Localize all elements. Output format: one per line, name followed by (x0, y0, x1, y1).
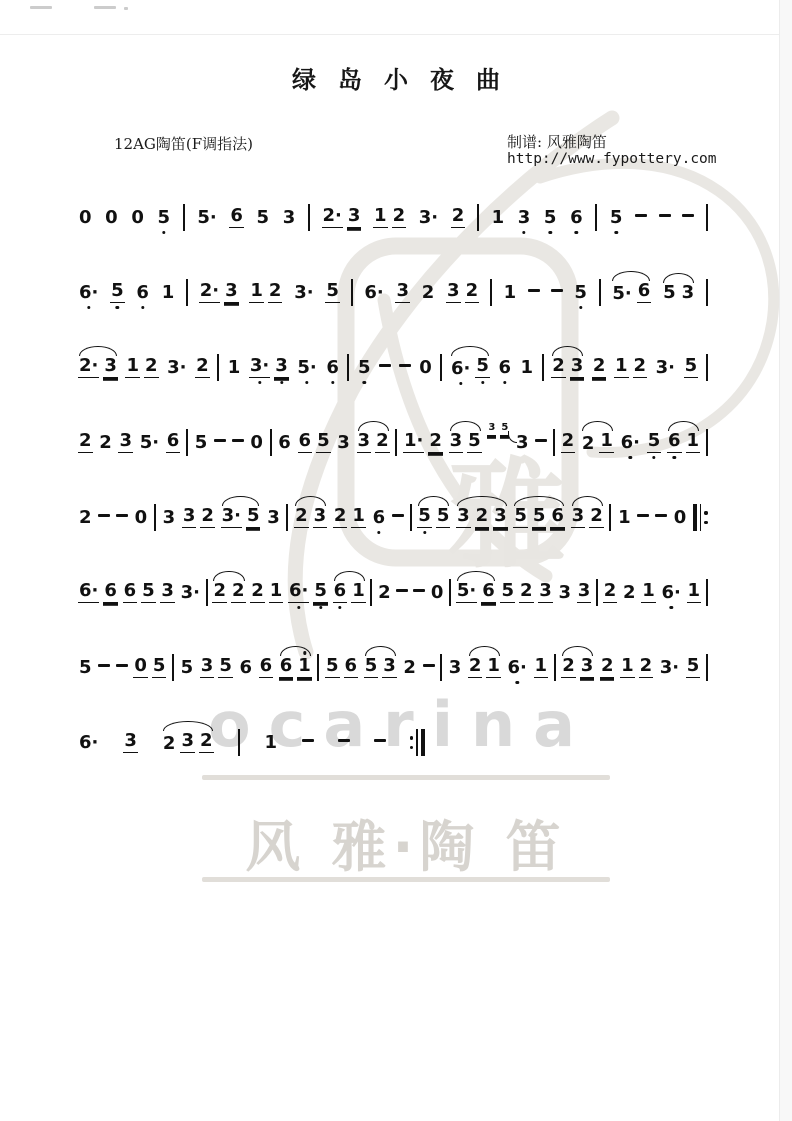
score-line: 6·32321 (78, 705, 708, 780)
note: 5 (662, 284, 677, 302)
note-group (374, 739, 386, 746)
note-group (706, 279, 708, 306)
note-group (308, 204, 310, 231)
note-group: 6· (507, 659, 528, 677)
note: 3 (382, 657, 397, 678)
note: 1 (617, 509, 632, 527)
note-group: 5 (180, 659, 195, 677)
note-group: 0 (673, 509, 688, 527)
note: 6 (238, 659, 253, 677)
slur-group: 61 (279, 657, 312, 678)
note: 0 (133, 657, 148, 678)
note-group: 1 (617, 509, 632, 527)
note-group (217, 354, 219, 381)
note: 5 (475, 357, 490, 378)
sheet-page: 雅 绿岛小夜曲 12AG陶笛(F调指法) 制谱: 风雅陶笛 http://www… (0, 0, 792, 1121)
note: 2 (465, 282, 480, 303)
note-group: 6 (259, 657, 274, 678)
barline (217, 354, 219, 381)
note: 6 (481, 582, 496, 603)
duration-dash (379, 364, 391, 367)
duration-dash (232, 439, 244, 442)
note-group: 3 (448, 659, 463, 677)
note-group: 5· (296, 359, 317, 377)
score: 00055·6532·3123·2135656·5612·3123·56·323… (78, 180, 708, 780)
note: 5 (180, 659, 195, 677)
note-group: 3 (118, 432, 133, 453)
barline (440, 354, 442, 381)
note-group: 3 (557, 584, 572, 602)
note: 6 (497, 359, 512, 377)
note: 2 (551, 357, 566, 378)
note-group (186, 429, 188, 456)
note: 3 (446, 282, 461, 303)
note: 2 (195, 357, 210, 378)
duration-dash (659, 214, 671, 217)
note-group: 3 (336, 434, 351, 452)
grace-note: 5 (500, 423, 509, 436)
note: 5 (152, 657, 167, 678)
note: 0 (418, 359, 433, 377)
note: 3 (538, 582, 553, 603)
note: 2 (200, 507, 215, 528)
note: 0 (134, 509, 149, 527)
score-line: 2·3123·213·35·6506·561232123·5 (78, 330, 708, 405)
note: 5 (513, 507, 528, 528)
note: 3 (493, 507, 508, 528)
slur-group: 32 (357, 432, 390, 453)
barline (154, 504, 156, 531)
note: 5· (611, 285, 632, 303)
note: 6 (372, 509, 387, 527)
slur-group: 61 (667, 432, 700, 453)
note: 6 (259, 657, 274, 678)
note-group: 5 (325, 282, 340, 303)
note-group: 1 (641, 582, 656, 603)
note: 2 (377, 584, 392, 602)
duration-dash (399, 364, 411, 367)
barline (706, 654, 708, 681)
note: 6· (78, 734, 99, 752)
note-group (682, 214, 694, 221)
score-line: 6·66533·22216·561205·6523332216·1 (78, 555, 708, 630)
note-group (490, 279, 492, 306)
scan-mark (30, 6, 52, 9)
note-group: 5 (78, 659, 93, 677)
note: 3 (449, 432, 464, 453)
note-group: 0 (130, 209, 145, 227)
duration-dash (396, 589, 408, 592)
note: 1 (297, 657, 312, 678)
note-group (449, 579, 451, 606)
note: 2 (231, 582, 246, 603)
note-group: 6 (135, 284, 150, 302)
note: 0 (430, 584, 445, 602)
note: 6· (78, 284, 99, 302)
note-group (553, 429, 555, 456)
note: 3· (180, 584, 201, 602)
note-group: 1 (264, 734, 279, 752)
note-group: 2 (377, 584, 392, 602)
note: 5· (196, 209, 217, 227)
note: 3 (395, 282, 410, 303)
note-group: 2 (421, 284, 436, 302)
note: 2· (199, 282, 220, 303)
note-group: 52 (500, 582, 533, 603)
barline (706, 204, 708, 231)
note-group (410, 729, 425, 756)
barline (609, 504, 611, 531)
note-group: 2 (402, 659, 417, 677)
note-group: 65 (298, 432, 331, 453)
note: 6 (550, 507, 565, 528)
barline (395, 429, 397, 456)
note-group: 32 (446, 282, 479, 303)
note-group (116, 664, 128, 671)
duration-dash (338, 739, 350, 742)
note: 3 (162, 509, 177, 527)
barline (490, 279, 492, 306)
note: 6· (363, 284, 384, 302)
note-group: 6 (325, 359, 340, 377)
note-group: 1 (534, 657, 549, 678)
instrument-label: 12AG陶笛(F调指法) (114, 133, 253, 154)
slur-group: 6·5 (450, 357, 490, 378)
watermark-divider-bottom (202, 877, 610, 882)
note: 6· (507, 659, 528, 677)
note: 3· (659, 659, 680, 677)
note: 5· (139, 434, 160, 452)
note-group: 5 (256, 209, 271, 227)
credit-url: http://www.fypottery.com (507, 151, 717, 167)
note-group: 5 (357, 359, 372, 377)
note: 6 (277, 434, 292, 452)
score-line: 6·5612·3123·56·3232155·653 (78, 255, 708, 330)
note: 3 (118, 432, 133, 453)
note: 3 (681, 284, 696, 302)
note: 2 (633, 357, 648, 378)
note-group (440, 354, 442, 381)
slur-group: 35 (449, 432, 482, 453)
watermark-brand-cn: 风 雅·陶 笛 (196, 803, 616, 882)
note: 1 (686, 432, 701, 453)
barline (347, 354, 349, 381)
slur-group: 2·3 (78, 357, 118, 378)
note-group: 2 (195, 357, 210, 378)
barline (186, 429, 188, 456)
note-group: 3 (517, 209, 532, 227)
note: 1 (620, 657, 635, 678)
note: 5 (78, 659, 93, 677)
note-group: 3· (180, 584, 201, 602)
note: 5 (500, 582, 515, 603)
note: 6· (660, 584, 681, 602)
note: 5 (325, 282, 340, 303)
score-line: 203323·5323216553235563210 (78, 480, 708, 555)
note-group: 3· (418, 209, 439, 227)
note-group: 2 (622, 584, 637, 602)
note: 3 (448, 659, 463, 677)
note-group: 3 (162, 509, 177, 527)
note-group (706, 204, 708, 231)
note-group (206, 579, 208, 606)
note: 3 (557, 584, 572, 602)
credit-line: 制谱: 风雅陶笛 (507, 131, 607, 152)
note-group: 0 (104, 209, 119, 227)
note-group: 5 (194, 434, 209, 452)
note-group (609, 504, 611, 531)
note-group (542, 354, 544, 381)
note: 5· (456, 582, 477, 603)
barline (186, 279, 188, 306)
note: 3 (160, 582, 175, 603)
note: 3 (274, 357, 289, 378)
note-group: 2 (592, 357, 607, 378)
barline (706, 429, 708, 456)
duration-dash (535, 439, 547, 442)
note-group: 1 (520, 359, 535, 377)
note-group: 1 (491, 209, 506, 227)
note-group (399, 364, 411, 371)
note: 5 (684, 357, 699, 378)
note-group (410, 504, 412, 531)
note-group: 6· (78, 734, 99, 752)
note: 6 (166, 432, 181, 453)
note: 5 (357, 359, 372, 377)
note-group (599, 279, 601, 306)
slur-group: 53 (364, 657, 397, 678)
note: 3 (123, 732, 138, 753)
note-group (286, 504, 288, 531)
note-group: 12 (249, 282, 282, 303)
barline (554, 654, 556, 681)
slur-group: 23 (294, 507, 327, 528)
note-group (172, 654, 174, 681)
note: 3 (313, 507, 328, 528)
note-group: 5· (196, 209, 217, 227)
slur-group: 23 (561, 657, 594, 678)
note: 2 (333, 507, 348, 528)
note: 2 (561, 657, 576, 678)
note: 3· (249, 357, 270, 378)
note: 1 (503, 284, 518, 302)
note: 2 (603, 582, 618, 603)
note: 5 (417, 507, 432, 528)
note-group: 1 (687, 582, 702, 603)
note: 2 (421, 284, 436, 302)
note: 3 (347, 207, 362, 228)
note-group (706, 354, 708, 381)
note-group: 12 (125, 357, 158, 378)
note-group (440, 654, 442, 681)
note-group: 3· (659, 659, 680, 677)
note: 2 (402, 659, 417, 677)
note-group: 6· (78, 284, 99, 302)
note-group (232, 439, 244, 446)
note-group (637, 514, 649, 521)
note-group: 5 (647, 432, 662, 453)
note-group: 2·3 (322, 207, 362, 228)
duration-dash (116, 664, 128, 667)
slur-group: 22 (212, 582, 245, 603)
note-group: 0 (78, 209, 93, 227)
note: 6· (288, 582, 309, 603)
note-group (98, 514, 110, 521)
note: 6· (620, 434, 641, 452)
duration-dash (551, 289, 563, 292)
note-group: 1·2 (403, 432, 443, 453)
note: 1 (249, 282, 264, 303)
duration-dash (302, 739, 314, 742)
note: 3· (166, 359, 187, 377)
note-group (302, 739, 314, 746)
note-group: 1 (227, 359, 242, 377)
note-group: 12 (620, 657, 653, 678)
note: 2 (392, 207, 407, 228)
note-group (186, 279, 188, 306)
note-group (635, 214, 647, 221)
duration-dash (392, 514, 404, 517)
note-group: 2 (603, 582, 618, 603)
note-group (477, 204, 479, 231)
barline (308, 204, 310, 231)
note: 5 (686, 657, 701, 678)
slur-group: 23 (551, 357, 584, 378)
note-group (370, 579, 372, 606)
note-group (693, 504, 708, 531)
note-group (351, 279, 353, 306)
barline (183, 204, 185, 231)
note-group (655, 514, 667, 521)
barline (206, 579, 208, 606)
barline (440, 654, 442, 681)
note: 5 (573, 284, 588, 302)
note: 3 (266, 509, 281, 527)
note: 5 (110, 282, 125, 303)
note: 2 (144, 357, 159, 378)
page-edge-strip (779, 0, 792, 1121)
note-group: 5 (684, 357, 699, 378)
note: 1 (161, 284, 176, 302)
note: 5 (543, 209, 558, 227)
note: 2 (294, 507, 309, 528)
note: 1 (491, 209, 506, 227)
barline (706, 579, 708, 606)
note-group: 3· (655, 359, 676, 377)
note-group: 2 (78, 432, 93, 453)
note-group: 1 (161, 284, 176, 302)
note-group: 3 (160, 582, 175, 603)
note-group: 2 (78, 509, 93, 527)
note: 2 (592, 357, 607, 378)
note: 5· (296, 359, 317, 377)
duration-dash (528, 289, 540, 292)
note: 6· (450, 360, 471, 378)
note-group: 5 (543, 209, 558, 227)
note-group: 3 (538, 582, 553, 603)
note: 1 (534, 657, 549, 678)
note-group: 6· (363, 284, 384, 302)
note-group (154, 504, 156, 531)
note-group: 3 (123, 732, 138, 753)
note: 5 (467, 432, 482, 453)
slur-group: 323 (456, 507, 508, 528)
barline (317, 654, 319, 681)
note-group: 6 (569, 209, 584, 227)
note: 5 (532, 507, 547, 528)
note: 2· (322, 207, 343, 228)
note: 1 (269, 582, 284, 603)
note-group: 2 (98, 434, 113, 452)
duration-dash (214, 439, 226, 442)
note: 1 (641, 582, 656, 603)
note-group: 12 (614, 357, 647, 378)
note-group (595, 204, 597, 231)
note-group (270, 429, 272, 456)
note: 5 (246, 507, 261, 528)
note: 6 (637, 282, 652, 303)
slur-group: 32 (571, 507, 604, 528)
note-group: 5 (157, 209, 172, 227)
duration-dash (635, 214, 647, 217)
barline (596, 579, 598, 606)
note-group: 3·3 (249, 357, 289, 378)
note: 6 (123, 582, 138, 603)
note: 1 (351, 507, 366, 528)
note-group: 2 (600, 657, 615, 678)
note: 0 (130, 209, 145, 227)
note-group: 6 (229, 207, 244, 228)
note: 6 (333, 582, 348, 603)
page-title: 绿岛小夜曲 (0, 60, 792, 95)
note-group (392, 514, 404, 521)
note-group (706, 654, 708, 681)
score-line: 5055356661565323216·1232123·5 (78, 630, 708, 705)
note-group: 65 (123, 582, 156, 603)
note-group (528, 289, 540, 296)
note: 0 (104, 209, 119, 227)
note: 1· (403, 432, 424, 453)
note-group: 1 (503, 284, 518, 302)
slur-group: 21 (581, 432, 614, 453)
note: 6 (325, 359, 340, 377)
note-group: 21 (250, 582, 283, 603)
note-group: 3 (266, 509, 281, 527)
note: 5 (218, 657, 233, 678)
note: 3 (180, 732, 195, 753)
note-group: 0 (430, 584, 445, 602)
note-group: 2 (451, 207, 466, 228)
score-line: 2235·6506653321·2353532216·561 (78, 405, 708, 480)
note: 3 (282, 209, 297, 227)
note: 2 (475, 507, 490, 528)
note: 3· (293, 284, 314, 302)
note-group (554, 654, 556, 681)
slur-group: 53 (662, 284, 695, 302)
note-group: 3· (293, 284, 314, 302)
note-group (551, 289, 563, 296)
note: 3 (456, 507, 471, 528)
note: 5 (194, 434, 209, 452)
note-group: 3 (395, 282, 410, 303)
note-group: 0 (249, 434, 264, 452)
note-group: 6 (166, 432, 181, 453)
scan-mark (94, 6, 116, 9)
note: 5 (157, 209, 172, 227)
note-group (183, 204, 185, 231)
note: 2 (428, 432, 443, 453)
barline (351, 279, 353, 306)
